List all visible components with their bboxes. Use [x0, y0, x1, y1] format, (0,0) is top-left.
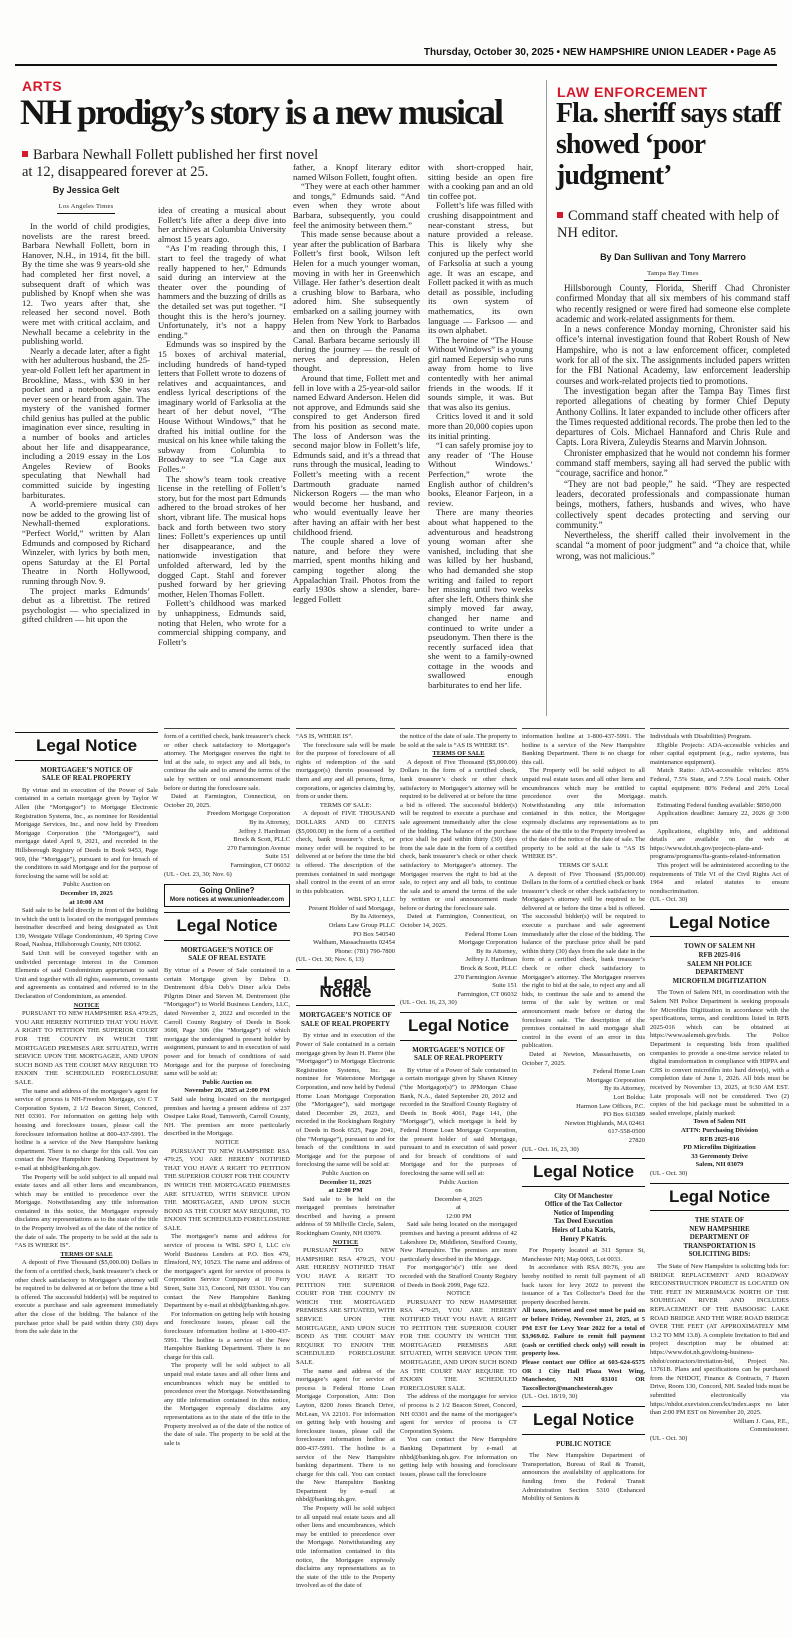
notice-text: PURSUANT TO NEW HAMPSHIRE RSA 479:25, YO… [400, 1299, 517, 1394]
arts-column-4: with short-cropped hair, sitting beside … [428, 163, 533, 712]
law-headline: Fla. sheriff says staff showed ‘poor jud… [556, 99, 790, 191]
arts-column-1-text: In the world of child prodigies, novelis… [22, 222, 150, 625]
notice-text: William J. Cass, P.E., Commissioner. [650, 1418, 789, 1435]
notice-title: PUBLIC NOTICE [522, 1441, 645, 1450]
legal-column-1: Legal NoticeMORTGAGEE’S NOTICE OF SALE O… [15, 728, 158, 1632]
notice-text: Individuals with Disabilities) Program. [650, 733, 789, 742]
notice-text: PURSUANT TO NEW HAMPSHIRE RSA 479:25, YO… [296, 1247, 395, 1367]
notice-text: “As I’m reading through this, I start to… [158, 244, 286, 340]
notice-text: Application deadline: January 22, 2026 @… [650, 810, 789, 827]
legal-column-2: form of a certified check, bank treasure… [164, 728, 290, 1632]
notice-text: (UL - Oct. 23, 30; Nov. 6) [164, 871, 290, 880]
notice-text: December 19, 2025 at 10:00 AM [15, 890, 158, 907]
notice-text: “They were at each other hammer and tong… [293, 182, 420, 230]
legal-notice-header: Legal Notice [522, 1406, 645, 1435]
notice-text: For information on getting help with hou… [164, 1311, 290, 1363]
notice-text: The name and address of the mortgagee’s … [15, 1088, 158, 1174]
notice-text: Said sale being located on the mortgaged… [164, 1096, 290, 1139]
notice-text: The Property will be sold subject to all… [15, 1174, 158, 1251]
notice-text: (UL - Oct. 16, 23, 30) [522, 1146, 645, 1155]
notice-title: MORTGAGEE’S NOTICE OF SALE OF REAL ESTAT… [164, 947, 290, 964]
notice-text: Around that time, Follett met and fell i… [293, 374, 420, 537]
notice-text: Public Auction on November 20, 2025 at 2… [164, 1079, 290, 1096]
notice-title: MORTGAGEE’S NOTICE OF SALE OF REAL PROPE… [15, 767, 158, 784]
notice-text: By virtue of a Power of Sale contained i… [164, 967, 290, 1079]
notice-text: Town of Salem NH ATTN: Purchasing Divisi… [650, 1118, 789, 1170]
notice-text: Said sale being located on the mortgaged… [400, 1221, 517, 1264]
going-online-title: Going Online? [166, 887, 288, 896]
notice-text: with short-cropped hair, sitting beside … [428, 163, 533, 201]
column-top-rule [400, 728, 517, 729]
arts-column-3-text: father, a Knopf literary editor named Wi… [293, 163, 420, 604]
notice-text: information hotline at 1-800-437-5991. T… [522, 733, 645, 767]
notice-text: The show’s team took creative license in… [158, 475, 286, 600]
law-subhead: Command staff cheated with help of NH ed… [557, 208, 783, 242]
notice-text: Dated at Newton, Massachusetts, on Octob… [522, 1051, 645, 1068]
notice-text: By virtue and in execution of the Power … [296, 1032, 395, 1170]
notice-text: PURSUANT TO NEW HAMPSHIRE RSA 479:25, YO… [15, 1010, 158, 1087]
notice-text: Public Auction on [15, 881, 158, 890]
masthead-rule [15, 64, 777, 66]
arts-column-1: By Jessica Gelt Los Angeles Times In the… [22, 185, 150, 712]
notice-text: Said sale to be held on the mortgaged pr… [296, 1196, 395, 1239]
notice-text: Estimating Federal funding available: $8… [650, 802, 789, 811]
notice-text: A deposit of Five Thousand ($5,000.00) D… [15, 1259, 158, 1336]
notice-text: Nearly a decade later, after a fight wit… [22, 347, 150, 501]
page-dateline: Thursday, October 30, 2025 • NEW HAMPSHI… [424, 47, 776, 58]
going-online-box: Going Online?More notices at www.unionle… [164, 884, 290, 907]
notice-text: All taxes, interest and cost must be pai… [522, 1307, 645, 1359]
notice-text: For mortgagor’s(s’) title see deed recor… [400, 1264, 517, 1290]
notice-text: Follett’s childhood was marked by unhapp… [158, 599, 286, 647]
notice-text: Nevertheless, the sheriff called their i… [556, 530, 790, 561]
notice-text: NOTICE [164, 1139, 290, 1148]
notice-text: In a news conference Monday morning, Chr… [556, 324, 790, 386]
notice-text: The Property will be sold subject to all… [296, 1505, 395, 1591]
notice-text: For Property located at 311 Spruce St, M… [522, 1247, 645, 1264]
notice-title: City Of Manchester Office of the Tax Col… [522, 1193, 645, 1245]
notice-text: father, a Knopf literary editor named Wi… [293, 163, 420, 182]
notice-text: the notice of the date of sale. The prop… [400, 733, 517, 750]
notice-title: MORTGAGEE’S NOTICE OF SALE OF REAL PROPE… [296, 1012, 395, 1029]
notice-text: By virtue and in execution of the Power … [15, 787, 158, 882]
arts-column-3: father, a Knopf literary editor named Wi… [293, 163, 420, 712]
notice-text: Hillsborough County, Florida, Sheriff Ch… [556, 283, 790, 324]
legal-notice-header: Legal Notice [650, 909, 789, 938]
section-divider [546, 80, 547, 716]
notice-text: Applications, eligibility info, and addi… [650, 828, 789, 862]
subhead-bullet-icon [22, 151, 28, 157]
notice-text: The name and address of the mortgagee’s … [296, 1368, 395, 1506]
notice-text: The foreclosure sale will be made for th… [296, 742, 395, 802]
notice-text: WBL SPO I, LLC Present Holder of said Mo… [296, 896, 395, 956]
arts-column-2: idea of creating a musical about Follett… [158, 206, 286, 712]
notice-text: You can contact the New Hampshire Bankin… [400, 1436, 517, 1479]
notice-text: “They are not bad people,” he said. “The… [556, 479, 790, 530]
notice-text: By virtue of a Power of Sale contained i… [400, 1067, 517, 1179]
notice-text: Dated at Farmington, Connecticut, on Oct… [164, 793, 290, 810]
notice-text: The New Hampshire Department of Transpor… [522, 1452, 645, 1504]
notice-text: Public Auction on December 4, 2025 at 12… [400, 1179, 517, 1222]
notice-text: Federal Home Loan Mortgage Corporation B… [400, 931, 517, 1000]
notice-text: This made sense because about a year aft… [293, 230, 420, 374]
notice-text: Follett’s life was filled with crushing … [428, 201, 533, 335]
notice-text: A deposit of FIVE THOUSAND DOLLARS AND 0… [296, 810, 395, 896]
notice-text: Eligible Projects: ADA-accessible vehicl… [650, 742, 789, 768]
notice-text: (UL - Oct. 30) [650, 1170, 789, 1179]
notice-text: The investigation began after the Tampa … [556, 386, 790, 448]
notice-text: A deposit of Five Thousand ($5,000.00) D… [400, 759, 517, 914]
notice-text: Match Ratio: ADA-accessible vehicles: 85… [650, 767, 789, 801]
arts-headline: NH prodigy’s story is a new musical [20, 94, 540, 132]
subhead-bullet-icon [557, 212, 563, 218]
notice-text: form of a certified check, bank treasure… [164, 733, 290, 793]
notice-text: Freedom Mortgage Corporation By its Atto… [164, 810, 290, 870]
notice-text: The project marks Edmunds’ debut as a li… [22, 587, 150, 625]
notice-text: A world-premiere musical can now be adde… [22, 500, 150, 586]
notice-text: “AS IS, WHERE IS”. [296, 733, 395, 742]
notice-text: Chronister emphasized that he would not … [556, 448, 790, 479]
notice-text: TERMS OF SALE [522, 862, 645, 871]
notice-text: Edmunds was so inspired by the 15 boxes … [158, 340, 286, 474]
notice-text: “I can safely promise joy to any reader … [428, 441, 533, 508]
notice-text: The property will be sold subject to all… [164, 1362, 290, 1448]
notice-text: Please contact our Office at 603-624-657… [522, 1359, 645, 1393]
notice-text: TERMS OF SALE [400, 750, 517, 759]
column-top-rule [650, 728, 789, 729]
notice-text: (UL - Oct. 30) [650, 1435, 789, 1444]
notice-text: There are many theories about what happe… [428, 508, 533, 690]
notice-text: NOTICE [296, 1239, 395, 1248]
notice-text: In the world of child prodigies, novelis… [22, 222, 150, 347]
notice-title: MORTGAGEE’S NOTICE OF SALE OF REAL PROPE… [400, 1047, 517, 1064]
legal-column-3: “AS IS, WHERE IS”.The foreclosure sale w… [296, 728, 395, 1632]
notice-text: The couple shared a love of nature, and … [293, 537, 420, 604]
legal-notice-header: Legal Notice [164, 912, 290, 941]
notice-title: THE STATE OF NEW HAMPSHIRE DEPARTMENT OF… [650, 1217, 789, 1260]
notice-text: TERMS OF SALE: [296, 802, 395, 811]
notice-text: Said Unit will be conveyed together with… [15, 950, 158, 1002]
notice-text: The Property will be sold subject to all… [522, 767, 645, 862]
notice-text: PURSUANT TO NEW HAMPSHIRE RSA 479:25, YO… [164, 1148, 290, 1234]
legal-column-6: Individuals with Disabilities) Program.E… [650, 728, 789, 1632]
arts-subhead: Barbara Newhall Follett published her fi… [22, 147, 330, 181]
column-top-rule [164, 728, 290, 729]
notice-text: This project will be administered accord… [650, 862, 789, 896]
notice-text: The address of the mortgagee for service… [400, 1393, 517, 1436]
notice-text: The heroine of “The House Without Window… [428, 336, 533, 413]
legal-notice-header: Legal Notice [522, 1158, 645, 1187]
arts-byline: By Jessica Gelt Los Angeles Times [22, 185, 150, 214]
notice-text: A deposit of Five Thousand ($5,000.00) D… [522, 871, 645, 1051]
notice-text: idea of creating a musical about Follett… [158, 206, 286, 244]
legal-column-5: information hotline at 1-800-437-5991. T… [522, 728, 645, 1632]
legal-notice-header: Legal Notice [650, 1183, 789, 1212]
notice-text: In accordance with RSA 80:76, you are he… [522, 1264, 645, 1307]
notice-text: (UL - Oct. 30; Nov. 6, 13) [296, 956, 395, 965]
going-online-url: More notices at www.unionleader.com [166, 896, 288, 905]
notice-text: TERMS OF SALE [15, 1251, 158, 1260]
notice-text: Dated at Farmington, Connecticut, on Oct… [400, 913, 517, 930]
legal-notice-header: Legal Notice [15, 732, 158, 761]
notice-text: The Town of Salem NH, in coordination wi… [650, 989, 789, 1118]
arts-column-2-text: idea of creating a musical about Follett… [158, 206, 286, 647]
notice-title: TOWN OF SALEM NH RFB 2025-016 SALEM NH P… [650, 943, 789, 986]
notice-text: Critics loved it and it sold more than 2… [428, 412, 533, 441]
legal-notice-header: Legal Notice [400, 1012, 517, 1041]
legal-notice-header: Legal Notice [296, 969, 395, 1006]
column-top-rule [296, 728, 395, 729]
law-article-body: Hillsborough County, Florida, Sheriff Ch… [556, 283, 790, 717]
notice-text: Public Auction on [296, 1170, 395, 1179]
notice-text: The mortgagee’s name and address for ser… [164, 1233, 290, 1310]
notice-text: NOTICE [15, 1002, 158, 1011]
notice-text: NOTICE [400, 1290, 517, 1299]
notice-text: Said sale to be held directly in front o… [15, 907, 158, 950]
legal-column-4: the notice of the date of sale. The prop… [400, 728, 517, 1632]
notice-text: The State of New Hampshire is soliciting… [650, 1263, 789, 1418]
newspaper-page: Thursday, October 30, 2025 • NEW HAMPSHI… [0, 0, 792, 1638]
notice-text: (UL - Oct. 16, 23, 30) [400, 999, 517, 1008]
arts-column-4-text: with short-cropped hair, sitting beside … [428, 163, 533, 691]
notice-text: (UL - Oct. 30) [650, 896, 789, 905]
column-top-rule [522, 728, 645, 729]
law-byline: By Dan Sullivan and Tony Marrero Tampa B… [556, 252, 790, 281]
notice-text: Federal Home Loan Mortgage Corporation B… [522, 1068, 645, 1145]
notice-text: (UL - Oct. 18/19, 30) [522, 1393, 645, 1402]
notice-text: December 11, 2025 at 12:00 PM [296, 1179, 395, 1196]
